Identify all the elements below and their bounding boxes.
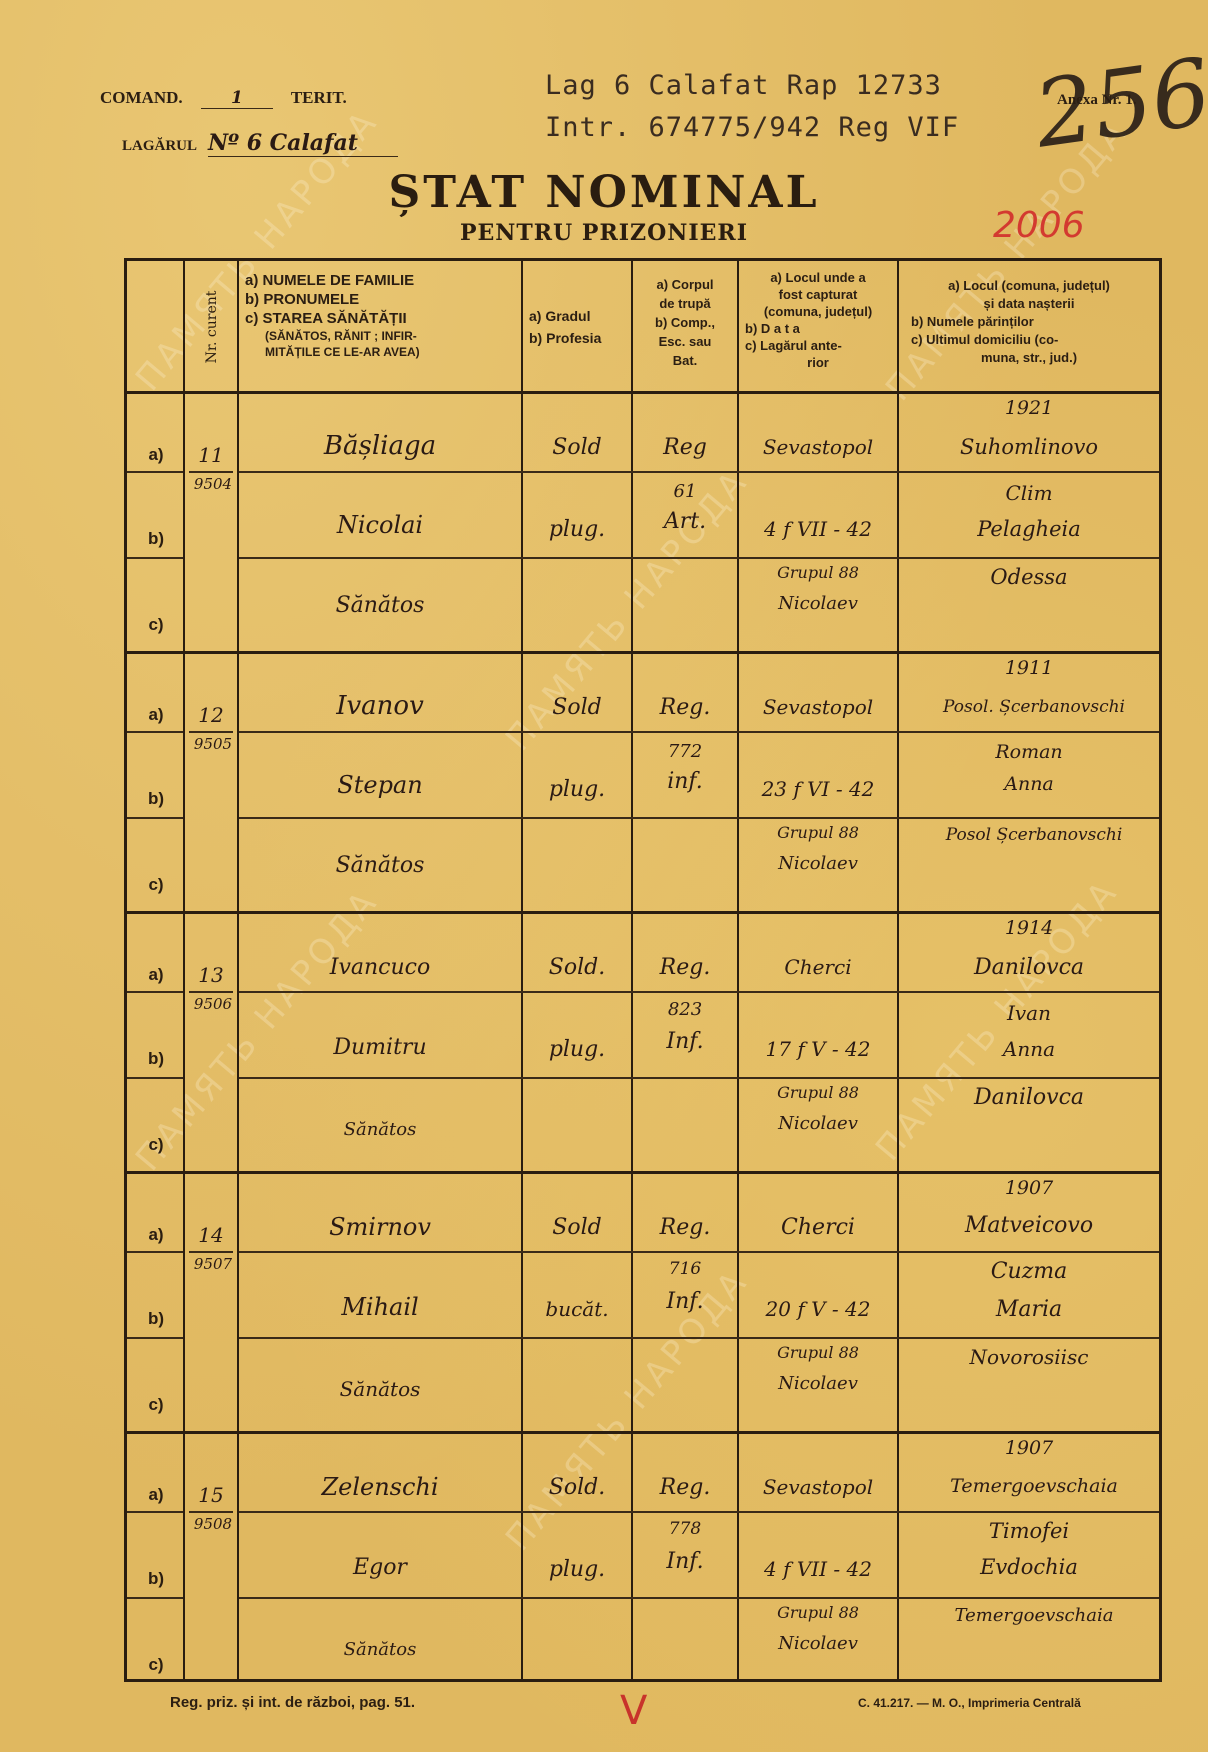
header-unit: a) Corpul de trupă b) Comp., Esc. sau Ba… — [633, 261, 737, 393]
lagarul-field: LAGĂRUL Nº 6 Calafat — [122, 130, 398, 157]
capture-place: Cherci — [739, 955, 897, 979]
profession: plug. — [523, 517, 631, 542]
last-domicile: Odessa — [899, 565, 1159, 589]
last-domicile: Posol Șcerbanovschi — [899, 825, 1169, 845]
record-row: a) b) c) 15 9508 Zelenschi Egor Sănătos … — [127, 1433, 1159, 1691]
capture-date: 4 f VII - 42 — [739, 1557, 897, 1581]
stamp-line-1: Lag 6 Calafat Rap 12733 — [545, 70, 942, 101]
rank: Sold. — [523, 955, 631, 980]
unit-number: 716 — [633, 1259, 737, 1279]
lagarul-value: Nº 6 Calafat — [208, 130, 398, 157]
last-domicile: Danilovca — [899, 1085, 1159, 1110]
mother-name: Evdochia — [899, 1555, 1159, 1579]
unit-number: 61 — [633, 481, 737, 502]
record-nr: 14 — [185, 1223, 237, 1247]
birth-place: Suhomlinovo — [899, 435, 1159, 459]
comand-field: COMAND. 1 TERIT. — [100, 88, 347, 109]
comand-value: 1 — [201, 88, 273, 109]
header-nr-curent: Nr. curent — [185, 261, 239, 393]
birth-place: Matveicovo — [899, 1213, 1159, 1238]
birth-place: Danilovca — [899, 955, 1159, 980]
record-nr: 12 — [185, 703, 237, 727]
profession: plug. — [523, 1037, 631, 1062]
capture-place: Sevastopol — [739, 435, 897, 459]
previous-camp: Grupul 88 — [739, 1343, 897, 1362]
profession: plug. — [523, 777, 631, 802]
health-status: Sănătos — [239, 853, 521, 878]
birth-place: Temergoevschaia — [899, 1475, 1169, 1497]
header-rank: a) Gradul b) Profesia — [523, 261, 631, 393]
rank: Sold — [523, 695, 631, 720]
record-row: a) b) c) 14 9507 Smirnov Mihail Sănătos … — [127, 1173, 1159, 1431]
unit-regiment: Reg — [633, 435, 737, 460]
rank: Sold — [523, 1215, 631, 1240]
surname: Ivanov — [239, 691, 521, 721]
unit-number: 823 — [633, 999, 737, 1020]
previous-camp-city: Nicolaev — [739, 1633, 897, 1654]
unit-regiment: Reg. — [633, 1215, 737, 1240]
capture-date: 23 f VI - 42 — [739, 777, 897, 801]
first-name: Dumitru — [239, 1035, 521, 1060]
father-name: Clim — [899, 481, 1159, 505]
document-subtitle: PENTRU PRIZONIERI — [0, 220, 1208, 246]
lagarul-label: LAGĂRUL — [122, 138, 196, 154]
father-name: Ivan — [899, 1001, 1159, 1025]
previous-camp-city: Nicolaev — [739, 1113, 897, 1134]
prisoner-roster-table: Nr. curent a) NUMELE DE FAMILIE b) PRONU… — [124, 258, 1162, 1682]
unit-regiment: Reg. — [633, 955, 737, 980]
unit-branch: Art. — [633, 509, 737, 534]
birth-place: Posol. Șcerbanovschi — [899, 697, 1169, 717]
previous-camp-city: Nicolaev — [739, 593, 897, 614]
first-name: Nicolai — [239, 511, 521, 539]
health-status: Sănătos — [239, 593, 521, 618]
capture-place: Cherci — [739, 1215, 897, 1240]
capture-date: 17 f V - 42 — [739, 1037, 897, 1061]
mother-name: Maria — [899, 1297, 1159, 1322]
surname: Smirnov — [239, 1213, 521, 1241]
anexa-label: Anexa Nr. 1. — [1057, 92, 1136, 109]
unit-branch: Inf. — [633, 1549, 737, 1574]
birth-year: 1907 — [899, 1437, 1159, 1459]
record-nr: 11 — [185, 443, 237, 467]
father-name: Timofei — [899, 1519, 1159, 1543]
record-reg-no: 9504 — [183, 475, 243, 493]
birth-year: 1907 — [899, 1177, 1159, 1199]
mother-name: Anna — [899, 1037, 1159, 1061]
rank: Sold. — [523, 1475, 631, 1500]
comand-label: COMAND. — [100, 88, 183, 107]
record-row: a) b) c) 13 9506 Ivancuco Dumitru Sănăto… — [127, 913, 1159, 1171]
unit-branch: Inf. — [633, 1289, 737, 1314]
record-nr: 15 — [185, 1483, 237, 1507]
capture-date: 20 f V - 42 — [739, 1297, 897, 1321]
record-reg-no: 9507 — [183, 1255, 243, 1273]
record-reg-no: 9508 — [183, 1515, 243, 1533]
footer-printer: C. 41.217. — M. O., Imprimeria Centrală — [858, 1696, 1081, 1710]
previous-camp: Grupul 88 — [739, 1603, 897, 1622]
first-name: Mihail — [239, 1293, 521, 1321]
capture-place: Sevastopol — [739, 695, 897, 719]
document-title: ȘTAT NOMINAL — [0, 167, 1208, 218]
health-status: Sănătos — [239, 1639, 521, 1660]
previous-camp-city: Nicolaev — [739, 853, 897, 874]
first-name: Egor — [239, 1555, 521, 1580]
terit-label: TERIT. — [291, 88, 347, 107]
surname: Zelenschi — [239, 1473, 521, 1501]
previous-camp: Grupul 88 — [739, 1083, 897, 1102]
record-nr: 13 — [185, 963, 237, 987]
capture-date: 4 f VII - 42 — [739, 517, 897, 541]
unit-number: 778 — [633, 1519, 737, 1539]
surname: Ivancuco — [239, 955, 521, 980]
previous-camp: Grupul 88 — [739, 823, 897, 842]
health-status: Sănătos — [239, 1119, 521, 1140]
mother-name: Anna — [899, 773, 1159, 795]
birth-year: 1911 — [899, 657, 1159, 679]
unit-regiment: Reg. — [633, 695, 737, 720]
unit-branch: inf. — [633, 769, 737, 794]
health-status: Sănătos — [239, 1377, 521, 1401]
last-domicile: Temergoevschaia — [899, 1605, 1169, 1626]
father-name: Roman — [899, 741, 1159, 763]
header-capture: a) Locul unde a fost capturat (comuna, j… — [739, 261, 897, 393]
capture-place: Sevastopol — [739, 1475, 897, 1499]
footer-reference: Reg. priz. și int. de război, pag. 51. — [170, 1694, 415, 1711]
last-domicile: Novorosiisc — [899, 1345, 1159, 1369]
surname: Bășliaga — [239, 431, 521, 461]
header-birth: a) Locul (comuna, județul) și data naște… — [899, 261, 1159, 393]
unit-branch: Inf. — [633, 1029, 737, 1054]
profession: plug. — [523, 1557, 631, 1582]
record-reg-no: 9506 — [183, 995, 243, 1013]
unit-regiment: Reg. — [633, 1475, 737, 1500]
previous-camp-city: Nicolaev — [739, 1373, 897, 1394]
father-name: Cuzma — [899, 1259, 1159, 1284]
rank: Sold — [523, 435, 631, 460]
first-name: Stepan — [239, 771, 521, 799]
birth-year: 1914 — [899, 917, 1159, 939]
stamp-line-2: Intr. 674775/942 Reg VIF — [545, 112, 959, 143]
record-reg-no: 9505 — [183, 735, 243, 753]
header-name: a) NUMELE DE FAMILIE b) PRONUMELE c) STA… — [239, 261, 521, 393]
previous-camp: Grupul 88 — [739, 563, 897, 582]
unit-number: 772 — [633, 741, 737, 762]
record-row: a) b) c) 12 9505 Ivanov Stepan Sănătos S… — [127, 653, 1159, 911]
mother-name: Pelagheia — [899, 517, 1159, 541]
profession: bucăt. — [523, 1297, 631, 1321]
record-row: a) b) c) 11 9504 Bășliaga Nicolai Sănăto… — [127, 393, 1159, 651]
birth-year: 1921 — [899, 397, 1159, 419]
red-check-mark: V — [620, 1688, 647, 1734]
